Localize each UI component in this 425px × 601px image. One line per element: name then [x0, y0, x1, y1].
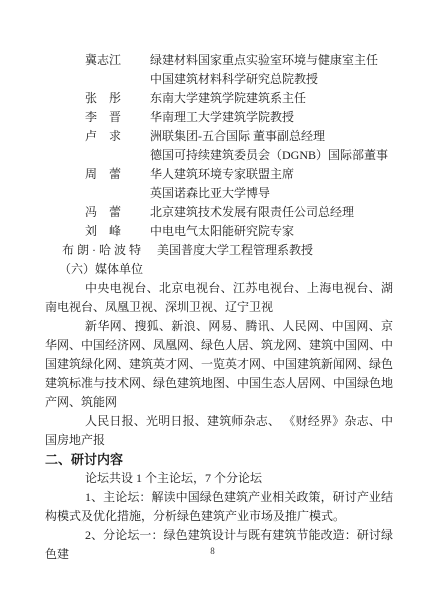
expert-title: 中电电气太阳能研究院专家 [150, 222, 393, 241]
expert-row: 冯 蕾 北京建筑技术发展有限责任公司总经理 [45, 203, 393, 222]
media-paragraph-tv: 中央电视台、北京电视台、江苏电视台、上海电视台、湖南电视台、凤凰卫视、深圳卫视、… [45, 279, 393, 317]
expert-titles: 绿建材料国家重点实验室环境与健康室主任 中国建筑材料科学研究总院教授 [150, 51, 393, 89]
discussion-section-heading: 二、研讨内容 [45, 450, 393, 469]
expert-name: 冯 蕾 [85, 203, 150, 222]
expert-title: 德国可持续建筑委员会（DGNB）国际部董事 [150, 146, 393, 165]
media-paragraph-print: 人民日报、光明日报、建筑师杂志、 《财经界》杂志、中国房地产报 [45, 412, 393, 450]
expert-title: 北京建筑技术发展有限责任公司总经理 [150, 203, 393, 222]
expert-title: 绿建材料国家重点实验室环境与健康室主任 [150, 51, 393, 70]
page-number: 8 [0, 546, 425, 556]
expert-row: 冀志江 绿建材料国家重点实验室环境与健康室主任 中国建筑材料科学研究总院教授 [45, 51, 393, 89]
expert-titles: 华人建筑环境专家联盟主席 英国诺森比亚大学博导 [150, 165, 393, 203]
expert-titles: 华南理工大学建筑学院教授 [150, 108, 393, 127]
expert-row: 张 彤 东南大学建筑学院建筑系主任 [45, 89, 393, 108]
expert-row: 周 蕾 华人建筑环境专家联盟主席 英国诺森比亚大学博导 [45, 165, 393, 203]
page-content: 冀志江 绿建材料国家重点实验室环境与健康室主任 中国建筑材料科学研究总院教授 张… [45, 51, 393, 564]
expert-title: 中国建筑材料科学研究总院教授 [150, 70, 393, 89]
media-section-heading: （六）媒体单位 [59, 260, 393, 279]
expert-title: 华南理工大学建筑学院教授 [150, 108, 393, 127]
expert-titles: 北京建筑技术发展有限责任公司总经理 [150, 203, 393, 222]
expert-row: 李 晋 华南理工大学建筑学院教授 [45, 108, 393, 127]
expert-name: 冀志江 [85, 51, 150, 70]
expert-titles: 美国普度大学工程管理系教授 [157, 241, 393, 260]
document-page: 冀志江 绿建材料国家重点实验室环境与健康室主任 中国建筑材料科学研究总院教授 张… [0, 0, 425, 601]
expert-titles: 东南大学建筑学院建筑系主任 [150, 89, 393, 108]
expert-title: 华人建筑环境专家联盟主席 [150, 165, 393, 184]
media-paragraph-web: 新华网、搜狐、新浪、网易、腾讯、人民网、中国网、京华网、中国经济网、凤凰网、绿色… [45, 317, 393, 412]
expert-row: 布朗·哈波特 美国普度大学工程管理系教授 [45, 241, 393, 260]
expert-list: 冀志江 绿建材料国家重点实验室环境与健康室主任 中国建筑材料科学研究总院教授 张… [45, 51, 393, 260]
expert-titles: 洲联集团-五合国际 董事副总经理 德国可持续建筑委员会（DGNB）国际部董事 [150, 127, 393, 165]
expert-name: 刘 峰 [85, 222, 150, 241]
expert-row: 卢 求 洲联集团-五合国际 董事副总经理 德国可持续建筑委员会（DGNB）国际部… [45, 127, 393, 165]
discussion-paragraph-sub-forum: 2、分论坛一：绿色建筑设计与既有建筑节能改造：研讨绿色建 [45, 526, 393, 564]
expert-title: 洲联集团-五合国际 董事副总经理 [150, 127, 393, 146]
discussion-paragraph-main-forum: 1、主论坛：解读中国绿色建筑产业相关政策，研讨产业结构模式及优化措施，分析绿色建… [45, 488, 393, 526]
expert-title: 东南大学建筑学院建筑系主任 [150, 89, 393, 108]
expert-name: 周 蕾 [85, 165, 150, 184]
expert-name: 布朗·哈波特 [62, 241, 144, 260]
expert-name: 卢 求 [85, 127, 150, 146]
expert-titles: 中电电气太阳能研究院专家 [150, 222, 393, 241]
expert-name: 李 晋 [85, 108, 150, 127]
expert-row: 刘 峰 中电电气太阳能研究院专家 [45, 222, 393, 241]
expert-title: 英国诺森比亚大学博导 [150, 184, 393, 203]
discussion-paragraph-summary: 论坛共设 1 个主论坛，7 个分论坛 [45, 469, 393, 488]
expert-title: 美国普度大学工程管理系教授 [157, 241, 393, 260]
expert-name: 张 彤 [85, 89, 150, 108]
